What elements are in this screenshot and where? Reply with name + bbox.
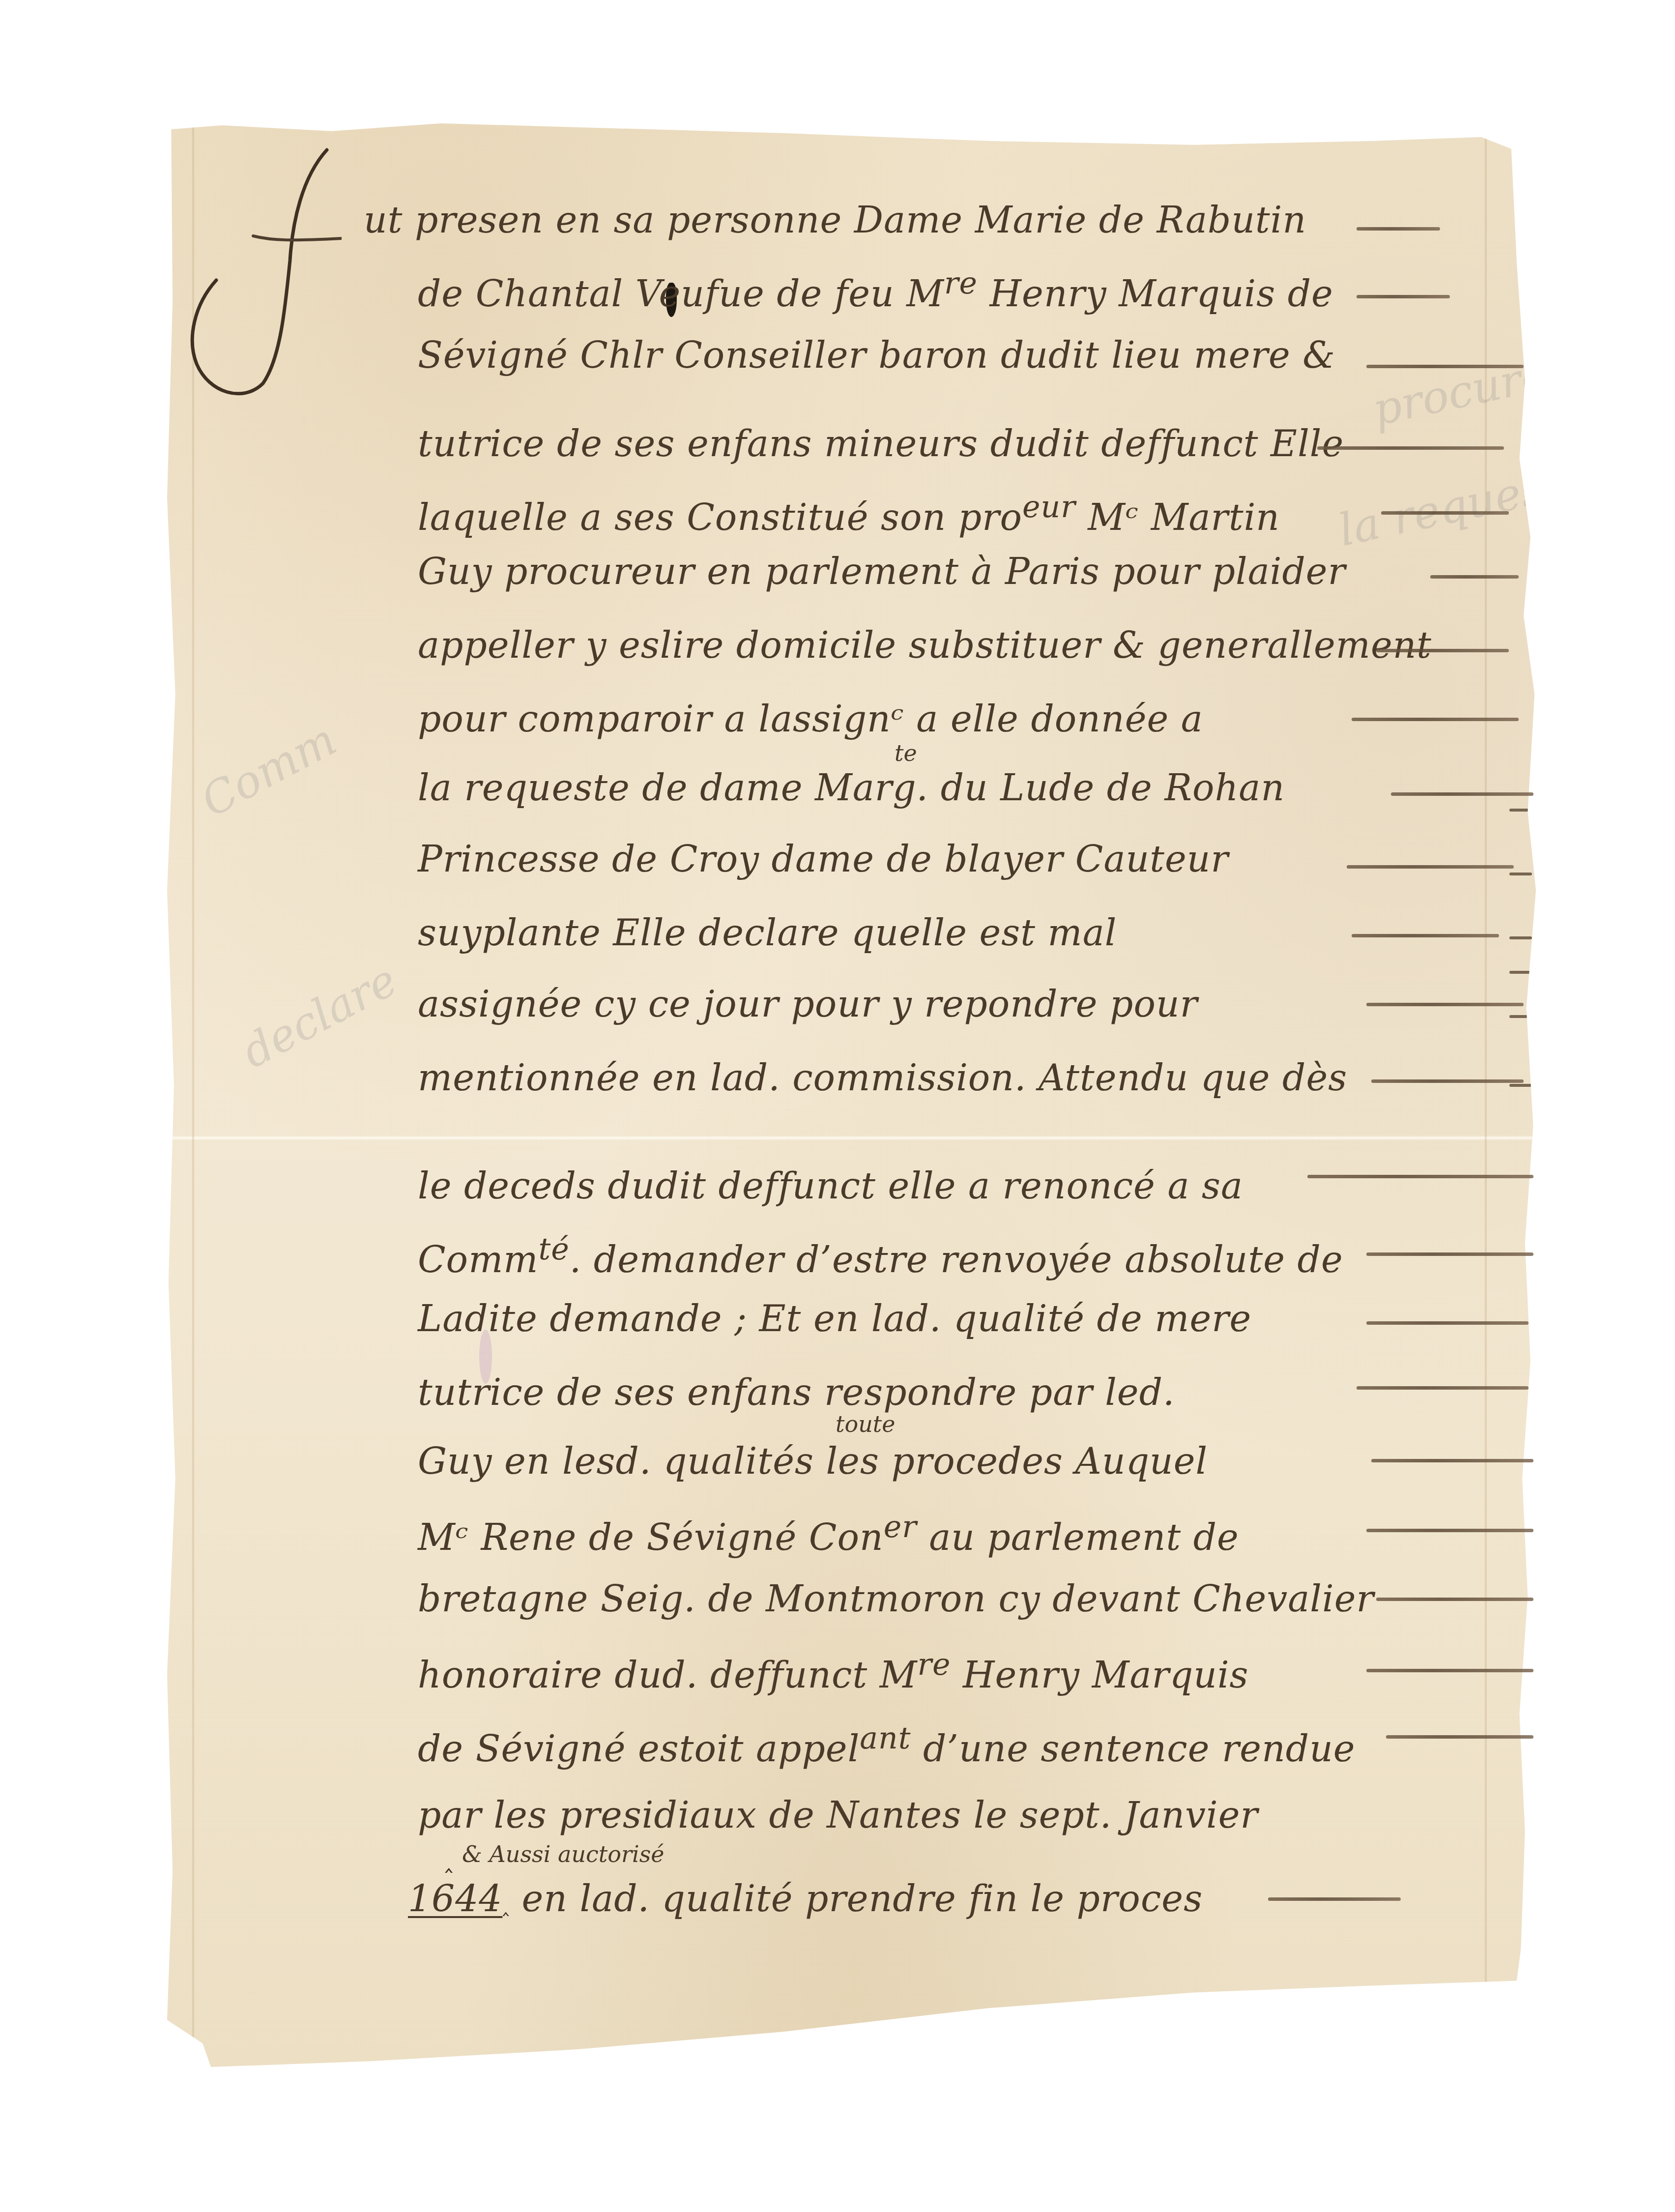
- manuscript-line-14: le deceds dudit deffunct elle a renoncé …: [418, 1165, 1243, 1207]
- line-filler-dash: [1381, 511, 1509, 515]
- superscript-abbreviation: té: [539, 1231, 570, 1267]
- manuscript-line-12: assignée cy ce jour pour y repondre pour: [418, 983, 1198, 1025]
- line-filler-dash: [1352, 718, 1519, 721]
- manuscript-line-9: la requeste de dame Marg. du Lude de Roh…: [418, 767, 1285, 809]
- manuscript-line-1: ut presen en sa personne Dame Marie de R…: [364, 199, 1306, 241]
- superscript-abbreviation: re: [944, 265, 978, 301]
- initial-f-icon: [179, 147, 342, 403]
- line-filler-dash: [1366, 1529, 1533, 1532]
- line-filler-dash: [1352, 934, 1499, 937]
- line-filler-dash: [1268, 1897, 1401, 1901]
- line-filler-dash: [1357, 227, 1440, 231]
- line-filler-dash: [1307, 1175, 1533, 1178]
- line-filler-dash: [1391, 792, 1533, 796]
- manuscript-line-11: suyplante Elle declare quelle est mal: [418, 912, 1117, 954]
- manuscript-line-17: tutrice de ses enfans respondre par led.: [418, 1371, 1175, 1414]
- manuscript-line-16: Ladite demande ; Et en lad. qualité de m…: [418, 1298, 1251, 1340]
- superscript-abbreviation: re: [917, 1647, 951, 1682]
- line-filler-dash: [1376, 649, 1509, 652]
- interlinear-note: te: [895, 740, 917, 766]
- interlinear-note: toute: [836, 1411, 895, 1437]
- line-filler-dash: [1357, 295, 1450, 298]
- line-filler-dash: [1386, 1735, 1533, 1739]
- manuscript-line-10: Princesse de Croy dame de blayer Cauteur: [418, 838, 1229, 880]
- line-filler-dash: [1347, 865, 1514, 869]
- decorated-initial-f: [179, 147, 342, 403]
- manuscript-line-3: Sévigné Chlr Conseiller baron dudit lieu…: [418, 334, 1335, 377]
- manuscript-line-6: Guy procureur en parlement à Paris pour …: [418, 551, 1346, 593]
- manuscript-line-22: de Sévigné estoit appelant d’une sentenc…: [418, 1720, 1356, 1770]
- interlinear-note: & Aussi auctorisé: [462, 1841, 664, 1867]
- insertion-caret-icon: ‸: [445, 1846, 453, 1873]
- line-filler-dash: [1430, 575, 1519, 579]
- line-filler-dash: [1366, 1321, 1529, 1325]
- manuscript-line-20: bretagne Seig. de Montmoron cy devant Ch…: [418, 1578, 1374, 1620]
- manuscript-line-13: mentionnée en lad. commission. Attendu q…: [418, 1057, 1347, 1099]
- manuscript-line-5: laquelle a ses Constitué son proeur Mᶜ M…: [418, 489, 1280, 539]
- manuscript-line-23: par les presidiaux de Nantes le sept. Ja…: [418, 1794, 1258, 1836]
- line-filler-dash: [1366, 1669, 1533, 1672]
- manuscript-line-7: appeller y eslire domicile substituer & …: [418, 624, 1432, 667]
- line-filler-dash: [1371, 1079, 1524, 1083]
- line-filler-dash: [1317, 446, 1504, 450]
- line-filler-dash: [1366, 1252, 1533, 1256]
- manuscript-line-18: Guy en lesd. qualités les procedes Auque…: [418, 1440, 1208, 1483]
- line-filler-dash: [1371, 1459, 1533, 1462]
- line-filler-dash: [1357, 1386, 1529, 1390]
- superscript-abbreviation: ant: [860, 1720, 911, 1756]
- insertion-caret-icon: ‸: [502, 1893, 510, 1916]
- manuscript-line-21: honoraire dud. deffunct Mre Henry Marqui…: [418, 1647, 1249, 1696]
- manuscript-line-2: de Chantal Veufue de feu Mre Henry Marqu…: [418, 265, 1333, 315]
- year-1644: 1644: [408, 1878, 502, 1920]
- manuscript-text-block: ut presen en sa personne Dame Marie de R…: [344, 0, 1548, 2212]
- manuscript-line-4: tutrice de ses enfans mineurs dudit deff…: [418, 423, 1344, 465]
- line-filler-dash: [1366, 1003, 1524, 1006]
- line-filler-dash: [1366, 365, 1524, 368]
- line-filler-dash: [1376, 1598, 1533, 1601]
- manuscript-line-19: Mᶜ Rene de Sévigné Coner au parlement de: [418, 1509, 1239, 1559]
- manuscript-line-24: 1644‸ en lad. qualité prendre fin le pro…: [408, 1878, 1203, 1920]
- superscript-abbreviation: er: [884, 1509, 917, 1544]
- manuscript-line-15: Commté. demander d’estre renvoyée absolu…: [418, 1231, 1343, 1281]
- manuscript-line-8: pour comparoir a lassignᶜ a elle donnée …: [418, 698, 1203, 740]
- superscript-abbreviation: eur: [1022, 489, 1076, 524]
- bleed-through-text: Comm: [193, 714, 345, 827]
